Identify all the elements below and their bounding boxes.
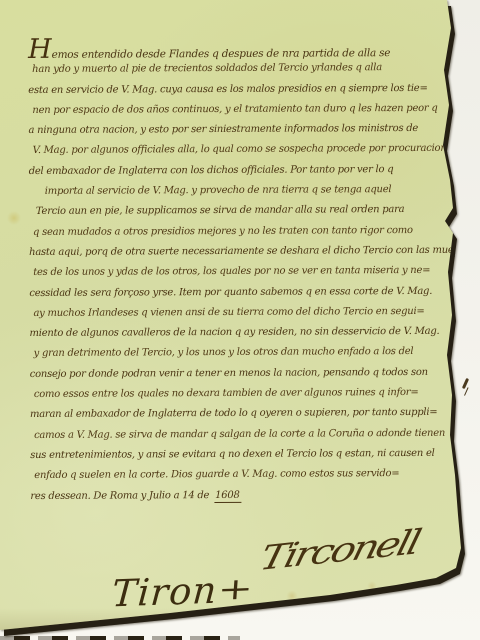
manuscript-line: han ydo y muerto al pie de trecientos so…	[28, 58, 462, 81]
manuscript-line: camos a V. Mag. se sirva de mandar q sal…	[30, 423, 464, 446]
signature-tyrone: Tiron+	[111, 568, 251, 616]
dateline-text: res dessean. De Roma y Julio a 14 de	[30, 490, 212, 502]
manuscript-line: sus entretenimientos, y ansi se evitara …	[30, 444, 464, 467]
manuscript-line: esta en servicio de V. Mag. cuya causa e…	[28, 78, 462, 101]
signature-rubric-icon: +	[217, 571, 256, 607]
manuscript-line: a ninguna otra nacion, y esto por ser si…	[28, 119, 462, 142]
manuscript-line: enfado q suelen en la corte. Dios guarde…	[30, 464, 464, 487]
manuscript-line: Tercio aun en pie, le supplicamos se sir…	[29, 200, 463, 223]
manuscript-line: q sean mudados a otros presidios mejores…	[29, 220, 463, 243]
manuscript-line: y gran detrimento del Tercio, y los unos…	[30, 342, 464, 365]
manuscript-line: hasta aqui, porq de otra suerte necessar…	[29, 241, 463, 264]
manuscript-line: consejo por donde podran venir a tener e…	[30, 362, 464, 385]
dateline-year: 1608	[214, 489, 242, 502]
manuscript-line: nen por espacio de dos años continuos, y…	[28, 99, 462, 122]
manuscript-line: ay muchos Irlandeses q vienen ansi de su…	[29, 302, 463, 325]
manuscript-paper: Hemos entendido desde Flandes q despues …	[0, 0, 480, 640]
paper-shadow: Hemos entendido desde Flandes q despues …	[0, 0, 480, 640]
manuscript-line: V. Mag. por algunos officiales alla, lo …	[29, 139, 463, 162]
manuscript-line: maran al embaxador de Inglaterra de todo…	[30, 403, 464, 426]
manuscript-line: del embaxador de Inglaterra con los dich…	[29, 160, 463, 183]
manuscript-line: Hemos entendido desde Flandes q despues …	[28, 38, 462, 61]
manuscript-dateline: res dessean. De Roma y Julio a 14 de 160…	[30, 484, 464, 507]
manuscript-line: tes de los unos y ydas de los otros, los…	[29, 261, 463, 284]
manuscript-line: como essos entre los quales no dexara ta…	[30, 383, 464, 406]
signature-tyrone-name: Tiron	[111, 569, 219, 616]
manuscript-line: importa al servicio de V. Mag. y provech…	[29, 180, 463, 203]
manuscript-line: miento de algunos cavalleros de la nacio…	[29, 322, 463, 345]
letter-body: Hemos entendido desde Flandes q despues …	[28, 38, 464, 507]
manuscript-line: cessidad les sera forçoso yrse. Item por…	[29, 281, 463, 304]
manuscript-photo: Hemos entendido desde Flandes q despues …	[0, 0, 480, 640]
signature-tyrconnell: Tirconell	[256, 522, 423, 579]
